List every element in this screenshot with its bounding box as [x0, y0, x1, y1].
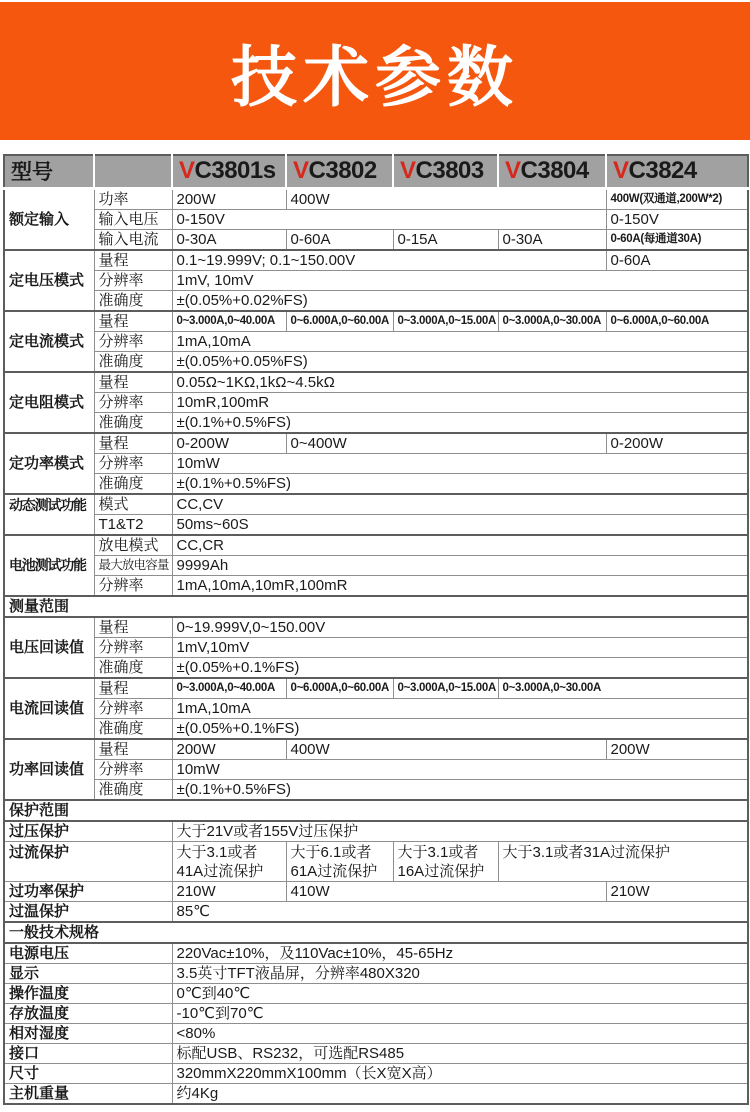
value-cell: 1mA,10mA: [172, 331, 748, 351]
param-label: 最大放电容量: [94, 555, 172, 575]
value-cell: 0℃到40℃: [172, 983, 748, 1003]
section-label: 电流回读值: [4, 678, 94, 739]
table-row: 过流保护 大于3.1或者41A过流保护 大于6.1或者61A过流保护 大于3.1…: [4, 841, 748, 881]
param-label: 尺寸: [4, 1063, 172, 1083]
table-row: 过压保护 大于21V或者155V过压保护: [4, 821, 748, 842]
value-cell: 200W: [172, 188, 286, 209]
section-label: 定功率模式: [4, 433, 94, 494]
value-cell: ±(0.05%+0.1%FS): [172, 657, 748, 678]
value-cell: 标配USB、RS232，可选配RS485: [172, 1043, 748, 1063]
param-label: 量程: [94, 372, 172, 393]
param-label: 电源电压: [4, 943, 172, 964]
value-cell: 0~19.999V,0~150.00V: [172, 617, 748, 638]
section-label: 电池测试功能: [4, 535, 94, 596]
value-cell: 0~3.000A,0~30.00A: [498, 311, 606, 332]
table-row: 准确度 ±(0.1%+0.5%FS): [4, 412, 748, 433]
table-row: 相对湿度 <80%: [4, 1023, 748, 1043]
param-label: 存放温度: [4, 1003, 172, 1023]
section-title: 一般技术规格: [4, 922, 748, 943]
param-label: 操作温度: [4, 983, 172, 1003]
param-label: 准确度: [94, 718, 172, 739]
value-cell: ±(0.05%+0.02%FS): [172, 290, 748, 311]
value-cell: 大于3.1或者16A过流保护: [393, 841, 498, 881]
table-row: 电流回读值 量程 0~3.000A,0~40.00A 0~6.000A,0~60…: [4, 678, 748, 699]
table-row: 过功率保护 210W 410W 210W: [4, 881, 748, 901]
value-cell: 0-200W: [606, 433, 748, 454]
value-cell: 0.1~19.999V; 0.1~150.00V: [172, 250, 606, 271]
table-row: 分辨率 1mA,10mA: [4, 698, 748, 718]
table-row: 准确度 ±(0.05%+0.1%FS): [4, 657, 748, 678]
table-row: 电池测试功能 放电模式 CC,CR: [4, 535, 748, 556]
value-cell: 220Vac±10%，及110Vac±10%，45-65Hz: [172, 943, 748, 964]
table-row: 动态测试功能 模式 CC,CV: [4, 494, 748, 515]
value-cell: 0~3.000A,0~15.00A: [393, 678, 498, 699]
value-cell: 400W: [286, 739, 606, 760]
table-row: 分辨率 10mW: [4, 759, 748, 779]
table-row: 准确度 ±(0.1%+0.5%FS): [4, 473, 748, 494]
value-cell: 400W: [286, 188, 606, 209]
value-cell: 9999Ah: [172, 555, 748, 575]
value-cell: 200W: [172, 739, 286, 760]
section-title: 测量范围: [4, 596, 748, 617]
table-row: 尺寸 320mmX220mmX100mm（长X宽X高）: [4, 1063, 748, 1083]
section-label: 功率回读值: [4, 739, 94, 800]
model-header-empty: [94, 155, 172, 188]
value-cell: 约4Kg: [172, 1083, 748, 1104]
value-cell: ±(0.05%+0.05%FS): [172, 351, 748, 372]
value-cell: CC,CV: [172, 494, 748, 515]
param-label: 分辨率: [94, 331, 172, 351]
value-cell: CC,CR: [172, 535, 748, 556]
param-label: 过功率保护: [4, 881, 172, 901]
section-label: 定电压模式: [4, 250, 94, 311]
value-cell: 0~6.000A,0~60.00A: [286, 311, 393, 332]
value-cell: 大于3.1或者41A过流保护: [172, 841, 286, 881]
section-label: 额定输入: [4, 188, 94, 250]
section-title: 保护范围: [4, 800, 748, 821]
model-vc3801s: VC3801s: [172, 155, 286, 188]
param-label: 量程: [94, 433, 172, 454]
param-label: 量程: [94, 739, 172, 760]
value-cell: 50ms~60S: [172, 514, 748, 535]
value-cell: ±(0.05%+0.1%FS): [172, 718, 748, 739]
value-cell: 10mR,100mR: [172, 392, 748, 412]
value-cell: 0-60A(每通道30A): [606, 229, 748, 250]
value-cell: 410W: [286, 881, 606, 901]
value-cell: 0.05Ω~1KΩ,1kΩ~4.5kΩ: [172, 372, 748, 393]
table-row: 接口 标配USB、RS232，可选配RS485: [4, 1043, 748, 1063]
param-label: 输入电压: [94, 209, 172, 229]
value-cell: 320mmX220mmX100mm（长X宽X高）: [172, 1063, 748, 1083]
param-label: 量程: [94, 617, 172, 638]
param-label: 准确度: [94, 657, 172, 678]
param-label: 分辨率: [94, 637, 172, 657]
model-vc3804: VC3804: [498, 155, 606, 188]
spec-table: 型号 VC3801s VC3802 VC3803 VC3804 VC3824 额…: [3, 154, 749, 1105]
value-cell: 0~3.000A,0~30.00A: [498, 678, 748, 699]
value-cell: 大于6.1或者61A过流保护: [286, 841, 393, 881]
table-row: 定电阻模式 量程 0.05Ω~1KΩ,1kΩ~4.5kΩ: [4, 372, 748, 393]
param-label: 放电模式: [94, 535, 172, 556]
model-vc3802: VC3802: [286, 155, 393, 188]
value-cell: <80%: [172, 1023, 748, 1043]
table-row: 分辨率 1mA,10mA: [4, 331, 748, 351]
table-row: 存放温度 -10℃到70℃: [4, 1003, 748, 1023]
table-row: 操作温度 0℃到40℃: [4, 983, 748, 1003]
table-row: 额定输入 功率 200W 400W 400W(双通道,200W*2): [4, 188, 748, 209]
table-row: T1&T2 50ms~60S: [4, 514, 748, 535]
value-cell: 3.5英寸TFT液晶屏，分辨率480X320: [172, 963, 748, 983]
param-label: 功率: [94, 188, 172, 209]
table-row: 分辨率 1mV, 10mV: [4, 270, 748, 290]
param-label: 显示: [4, 963, 172, 983]
param-label: 分辨率: [94, 698, 172, 718]
table-row: 定功率模式 量程 0-200W 0~400W 0-200W: [4, 433, 748, 454]
section-header-row: 一般技术规格: [4, 922, 748, 943]
value-cell: 1mV,10mV: [172, 637, 748, 657]
table-row: 输入电压 0-150V 0-150V: [4, 209, 748, 229]
model-vc3824: VC3824: [606, 155, 748, 188]
value-cell: 0-150V: [606, 209, 748, 229]
section-label: 动态测试功能: [4, 494, 94, 535]
param-label: 分辨率: [94, 575, 172, 596]
param-label: 准确度: [94, 473, 172, 494]
param-label: 分辨率: [94, 270, 172, 290]
value-cell: 0~400W: [286, 433, 606, 454]
section-label: 定电流模式: [4, 311, 94, 372]
table-row: 准确度 ±(0.05%+0.02%FS): [4, 290, 748, 311]
param-label: 主机重量: [4, 1083, 172, 1104]
param-label: 准确度: [94, 412, 172, 433]
value-cell: 0-150V: [172, 209, 606, 229]
value-cell: 210W: [172, 881, 286, 901]
value-cell: ±(0.1%+0.5%FS): [172, 412, 748, 433]
page-title: 技术参数: [231, 24, 519, 119]
model-vc3803: VC3803: [393, 155, 498, 188]
param-label: 分辨率: [94, 392, 172, 412]
spec-table-container: 型号 VC3801s VC3802 VC3803 VC3804 VC3824 额…: [3, 154, 747, 1105]
section-label: 电压回读值: [4, 617, 94, 678]
value-cell: 0-60A: [606, 250, 748, 271]
model-header-label: 型号: [4, 155, 94, 188]
param-label: 分辨率: [94, 453, 172, 473]
value-cell: -10℃到70℃: [172, 1003, 748, 1023]
section-header-row: 保护范围: [4, 800, 748, 821]
section-header-row: 测量范围: [4, 596, 748, 617]
param-label: 过压保护: [4, 821, 172, 842]
value-cell: 大于3.1或者31A过流保护: [498, 841, 748, 881]
table-row: 电源电压 220Vac±10%，及110Vac±10%，45-65Hz: [4, 943, 748, 964]
table-row: 最大放电容量 9999Ah: [4, 555, 748, 575]
param-label: 量程: [94, 250, 172, 271]
table-row: 分辨率 1mV,10mV: [4, 637, 748, 657]
table-row: 准确度 ±(0.05%+0.05%FS): [4, 351, 748, 372]
table-row: 分辨率 10mW: [4, 453, 748, 473]
value-cell: 0-200W: [172, 433, 286, 454]
param-label: 相对湿度: [4, 1023, 172, 1043]
value-cell: ±(0.1%+0.5%FS): [172, 779, 748, 800]
param-label: T1&T2: [94, 514, 172, 535]
section-label: 定电阻模式: [4, 372, 94, 433]
value-cell: 0-30A: [172, 229, 286, 250]
param-label: 量程: [94, 311, 172, 332]
value-cell: 10mW: [172, 759, 748, 779]
table-row: 主机重量 约4Kg: [4, 1083, 748, 1104]
value-cell: 0~3.000A,0~40.00A: [172, 678, 286, 699]
table-row: 过温保护 85℃: [4, 901, 748, 922]
table-row: 显示 3.5英寸TFT液晶屏，分辨率480X320: [4, 963, 748, 983]
value-cell: 0~3.000A,0~15.00A: [393, 311, 498, 332]
value-cell: 0-15A: [393, 229, 498, 250]
value-cell: 1mV, 10mV: [172, 270, 748, 290]
table-row: 准确度 ±(0.05%+0.1%FS): [4, 718, 748, 739]
table-row: 定电流模式 量程 0~3.000A,0~40.00A 0~6.000A,0~60…: [4, 311, 748, 332]
table-row: 分辨率 1mA,10mA,10mR,100mR: [4, 575, 748, 596]
model-header-row: 型号 VC3801s VC3802 VC3803 VC3804 VC3824: [4, 155, 748, 188]
table-row: 输入电流 0-30A 0-60A 0-15A 0-30A 0-60A(每通道30…: [4, 229, 748, 250]
value-cell: 0-30A: [498, 229, 606, 250]
table-row: 分辨率 10mR,100mR: [4, 392, 748, 412]
value-cell: 0~6.000A,0~60.00A: [286, 678, 393, 699]
value-cell: 0~6.000A,0~60.00A: [606, 311, 748, 332]
param-label: 接口: [4, 1043, 172, 1063]
value-cell: 400W(双通道,200W*2): [606, 188, 748, 209]
param-label: 过温保护: [4, 901, 172, 922]
param-label: 过流保护: [4, 841, 172, 881]
value-cell: 1mA,10mA,10mR,100mR: [172, 575, 748, 596]
param-label: 分辨率: [94, 759, 172, 779]
param-label: 输入电流: [94, 229, 172, 250]
title-banner: 技术参数: [0, 2, 750, 140]
value-cell: 0~3.000A,0~40.00A: [172, 311, 286, 332]
value-cell: 1mA,10mA: [172, 698, 748, 718]
value-cell: 10mW: [172, 453, 748, 473]
value-cell: ±(0.1%+0.5%FS): [172, 473, 748, 494]
param-label: 准确度: [94, 290, 172, 311]
table-row: 准确度 ±(0.1%+0.5%FS): [4, 779, 748, 800]
table-row: 功率回读值 量程 200W 400W 200W: [4, 739, 748, 760]
table-row: 电压回读值 量程 0~19.999V,0~150.00V: [4, 617, 748, 638]
value-cell: 85℃: [172, 901, 748, 922]
param-label: 量程: [94, 678, 172, 699]
param-label: 准确度: [94, 351, 172, 372]
param-label: 准确度: [94, 779, 172, 800]
value-cell: 200W: [606, 739, 748, 760]
param-label: 模式: [94, 494, 172, 515]
value-cell: 大于21V或者155V过压保护: [172, 821, 748, 842]
value-cell: 0-60A: [286, 229, 393, 250]
value-cell: 210W: [606, 881, 748, 901]
table-row: 定电压模式 量程 0.1~19.999V; 0.1~150.00V 0-60A: [4, 250, 748, 271]
